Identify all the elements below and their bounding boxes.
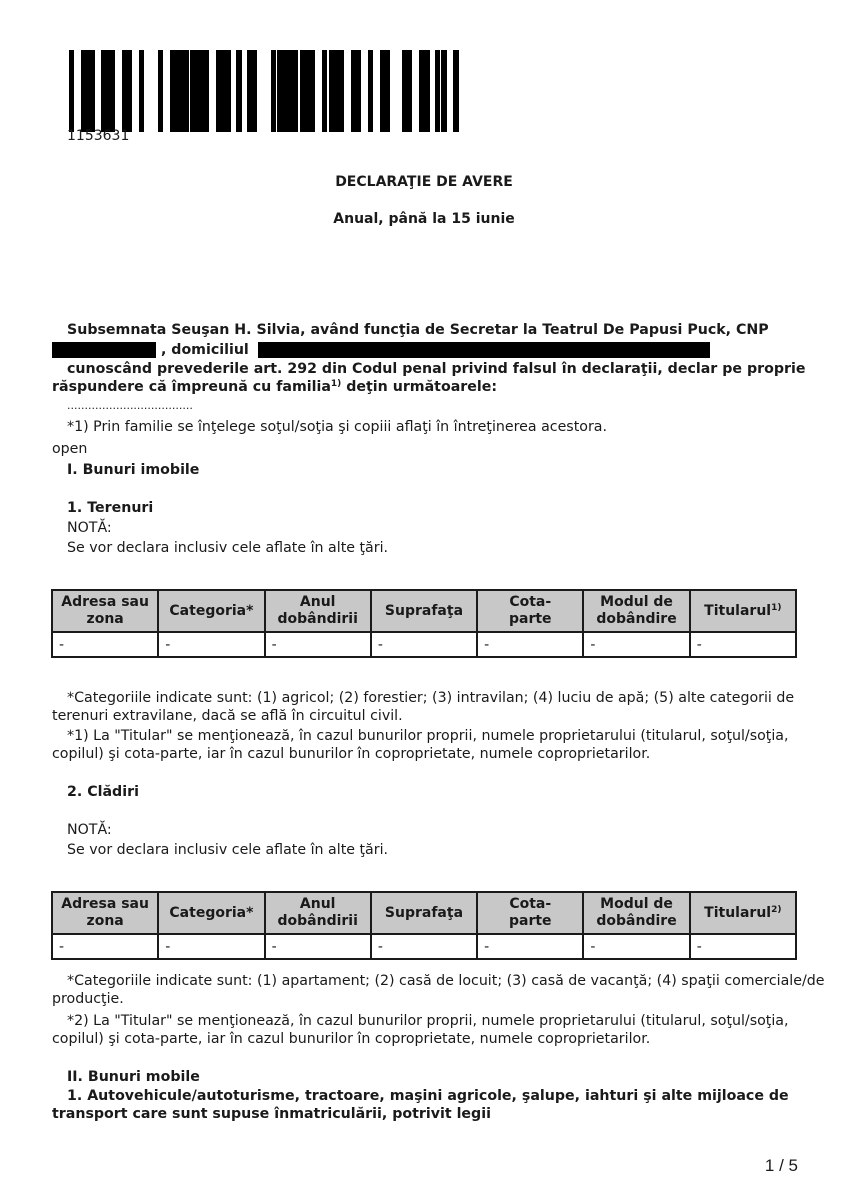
barcode-space xyxy=(132,50,139,132)
barcode-number: 1153631 xyxy=(67,128,129,144)
intro-line-3: cunoscând prevederile art. 292 din Codul… xyxy=(52,360,805,378)
barcode-space xyxy=(315,50,322,132)
table-header-row: Adresa sauzonaCategoria*AnuldobândiriiSu… xyxy=(52,892,796,934)
document-subtitle: Anual, până la 15 iunie xyxy=(0,211,848,227)
family-footnote: *1) Prin familie se înţelege soţul/soţia… xyxy=(52,418,607,436)
table-cell: - xyxy=(52,934,158,959)
column-header: Categoria* xyxy=(158,590,264,632)
intro-line-4-end: deţin următoarele: xyxy=(341,379,497,395)
table-header-row: Adresa sauzonaCategoria*AnuldobândiriiSu… xyxy=(52,590,796,632)
barcode-bar xyxy=(380,50,390,132)
terenuri-heading: 1. Terenuri xyxy=(52,499,153,517)
barcode-space xyxy=(257,50,271,132)
cladiri-titular-footnote-2: copilul) şi cota-parte, iar în cazul bun… xyxy=(52,1030,650,1048)
cladiri-titular-footnote-1: *2) La "Titular" se menţionează, în cazu… xyxy=(52,1012,789,1030)
document-title: DECLARAŢIE DE AVERE xyxy=(0,174,848,190)
table-cell: - xyxy=(583,934,689,959)
column-header: Modul dedobândire xyxy=(583,892,689,934)
vehicles-heading-1: 1. Autovehicule/autoturisme, tractoare, … xyxy=(52,1087,789,1105)
table-cell: - xyxy=(690,934,796,959)
table-cell: - xyxy=(477,632,583,657)
intro-line-1: Subsemnata Seuşan H. Silvia, având funcţ… xyxy=(52,321,769,339)
table-cell: - xyxy=(158,632,264,657)
barcode-space xyxy=(390,50,402,132)
table-cell: - xyxy=(583,632,689,657)
terenuri-note-label: NOTĂ: xyxy=(52,519,112,537)
table-row: ------- xyxy=(52,934,796,959)
barcode-bar xyxy=(216,50,231,132)
cladiri-note-label: NOTĂ: xyxy=(52,821,112,839)
terenuri-note-text: Se vor declara inclusiv cele aflate în a… xyxy=(52,539,388,557)
open-label: open xyxy=(52,440,87,458)
redacted-address xyxy=(258,342,710,358)
barcode-space xyxy=(373,50,380,132)
barcode-space xyxy=(447,50,454,132)
barcode-space xyxy=(144,50,158,132)
barcode-space xyxy=(95,50,102,132)
barcode-bar xyxy=(190,50,209,132)
section-2-heading: II. Bunuri mobile xyxy=(52,1068,200,1086)
section-1-heading: I. Bunuri imobile xyxy=(52,461,199,479)
table-cell: - xyxy=(265,934,371,959)
column-header: Titularul2) xyxy=(690,892,796,934)
table-cell: - xyxy=(158,934,264,959)
cladiri-categories-footnote-2: producţie. xyxy=(52,990,124,1008)
barcode-bar xyxy=(277,50,298,132)
footnote-ref: 1) xyxy=(331,379,341,389)
barcode-bar xyxy=(170,50,189,132)
terenuri-titular-footnote-2: copilul) şi cota-parte, iar în cazul bun… xyxy=(52,745,650,763)
barcode xyxy=(69,50,459,132)
column-header: Adresa sauzona xyxy=(52,892,158,934)
column-header: Suprafaţa xyxy=(371,590,477,632)
barcode-space xyxy=(344,50,351,132)
terenuri-titular-footnote-1: *1) La "Titular" se menţionează, în cazu… xyxy=(52,727,789,745)
terenuri-categories-footnote-1: *Categoriile indicate sunt: (1) agricol;… xyxy=(52,689,794,707)
table-row: ------- xyxy=(52,632,796,657)
cladiri-heading: 2. Clădiri xyxy=(52,783,139,801)
barcode-space xyxy=(361,50,368,132)
barcode-space xyxy=(115,50,122,132)
footnote-ref: 2) xyxy=(771,905,781,915)
column-header: Cota-parte xyxy=(477,590,583,632)
table-cell: - xyxy=(371,934,477,959)
barcode-bar xyxy=(300,50,315,132)
intro-line-2: , domiciliul xyxy=(52,341,710,359)
column-header: Cota-parte xyxy=(477,892,583,934)
domicile-label: , domiciliul xyxy=(161,342,249,358)
intro-line-4: răspundere că împreună cu familia1) deţi… xyxy=(52,378,497,396)
barcode-bar xyxy=(402,50,412,132)
table-cell: - xyxy=(477,934,583,959)
barcode-bar xyxy=(351,50,361,132)
intro-line-4-text: răspundere că împreună cu familia xyxy=(52,379,331,395)
barcode-bar xyxy=(453,50,458,132)
cladiri-note-text: Se vor declara inclusiv cele aflate în a… xyxy=(52,841,388,859)
barcode-space xyxy=(412,50,419,132)
table-cell: - xyxy=(52,632,158,657)
column-header: Titularul1) xyxy=(690,590,796,632)
barcode-bar xyxy=(419,50,429,132)
barcode-bar xyxy=(101,50,115,132)
terenuri-table: Adresa sauzonaCategoria*AnuldobândiriiSu… xyxy=(51,589,797,658)
vehicles-heading-2: transport care sunt supuse înmatriculări… xyxy=(52,1105,491,1123)
table-cell: - xyxy=(265,632,371,657)
barcode-bar xyxy=(122,50,132,132)
barcode-space xyxy=(209,50,216,132)
cladiri-categories-footnote-1: *Categoriile indicate sunt: (1) apartame… xyxy=(52,972,825,990)
column-header: Adresa sauzona xyxy=(52,590,158,632)
dotted-line: .................................... xyxy=(52,397,193,415)
footnote-ref: 1) xyxy=(771,603,781,613)
table-cell: - xyxy=(690,632,796,657)
table-cell: - xyxy=(371,632,477,657)
barcode-space xyxy=(163,50,170,132)
cladiri-table: Adresa sauzonaCategoria*AnuldobândiriiSu… xyxy=(51,891,797,960)
page-indicator: 1 / 5 xyxy=(765,1156,798,1176)
redacted-cnp xyxy=(52,342,156,358)
column-header: Anuldobândirii xyxy=(265,590,371,632)
barcode-bar xyxy=(81,50,95,132)
barcode-bar xyxy=(329,50,344,132)
barcode-bar xyxy=(247,50,257,132)
barcode-space xyxy=(74,50,81,132)
column-header: Anuldobândirii xyxy=(265,892,371,934)
column-header: Suprafaţa xyxy=(371,892,477,934)
column-header: Modul dedobândire xyxy=(583,590,689,632)
column-header: Categoria* xyxy=(158,892,264,934)
terenuri-categories-footnote-2: terenuri extravilane, dacă se află în ci… xyxy=(52,707,403,725)
